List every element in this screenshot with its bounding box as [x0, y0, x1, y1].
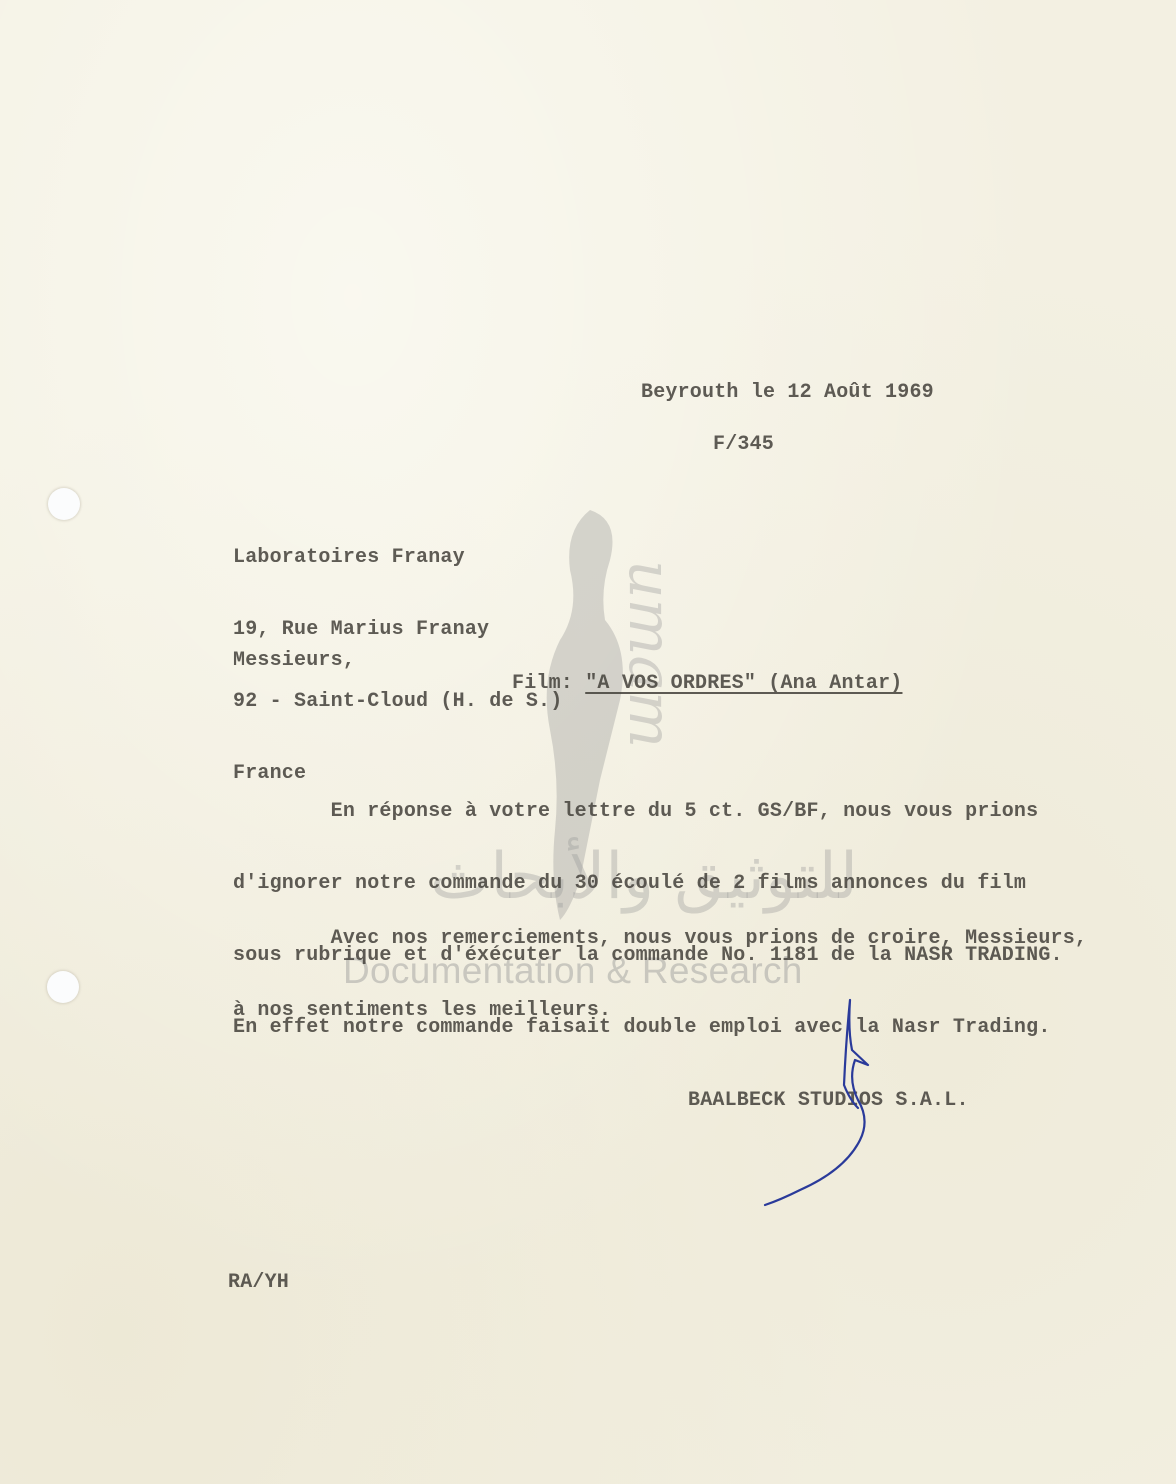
address-line: 19, Rue Marius Franay — [233, 618, 562, 642]
svg-text:umam: umam — [615, 560, 670, 748]
body-line: Avec nos remerciements, nous vous prions… — [233, 927, 1087, 951]
subject-line: Film: "A VOS ORDRES" (Ana Antar) — [512, 672, 902, 696]
place-date: Beyrouth le 12 Août 1969 — [641, 381, 934, 405]
handwritten-signature-icon — [760, 990, 880, 1210]
typist-initials: RA/YH — [228, 1271, 289, 1295]
body-line: à nos sentiments les meilleurs. — [233, 999, 1087, 1023]
salutation: Messieurs, — [233, 649, 355, 673]
subject-title: "A VOS ORDRES" (Ana Antar) — [585, 672, 902, 695]
closing-paragraph: Avec nos remerciements, nous vous prions… — [233, 879, 1087, 1047]
subject-label: Film: — [512, 672, 585, 695]
reference-number: F/345 — [713, 433, 774, 457]
address-line: Laboratoires Franay — [233, 546, 562, 570]
body-line: En réponse à votre lettre du 5 ct. GS/BF… — [233, 800, 1063, 824]
punch-hole — [47, 971, 79, 1003]
punch-hole — [48, 488, 80, 520]
